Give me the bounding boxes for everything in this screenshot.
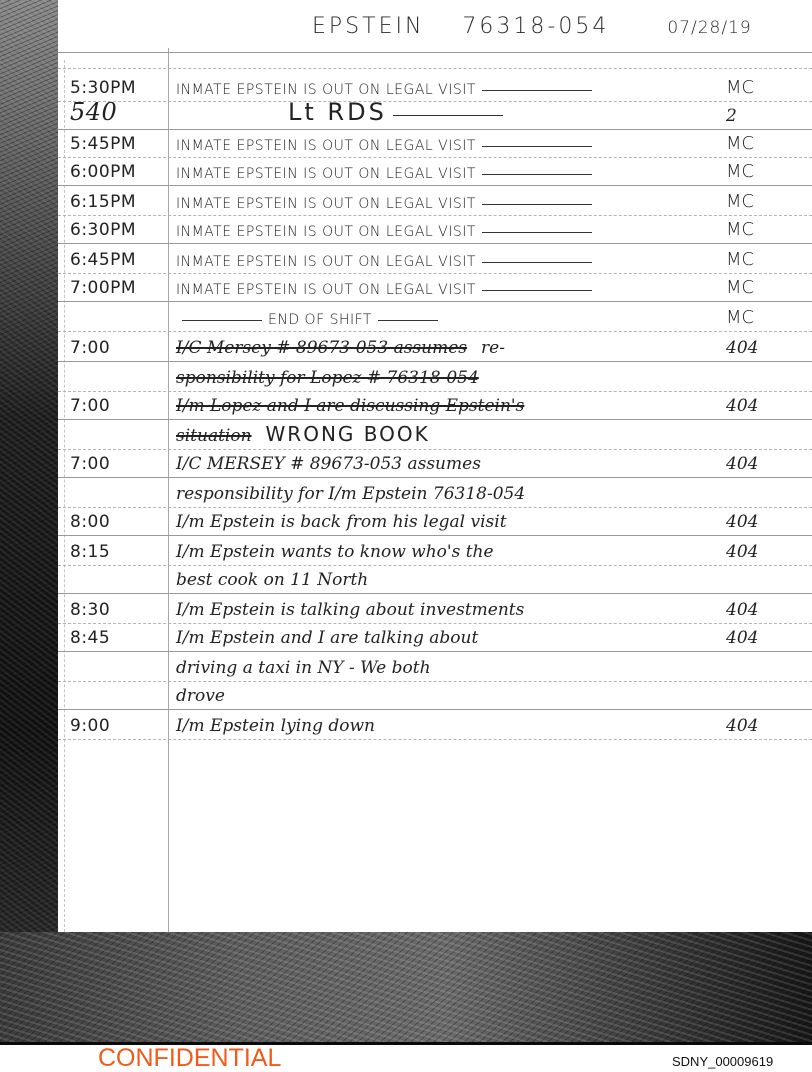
entry-text: driving a taxi in NY - We both: [168, 658, 726, 682]
ruled-line: [58, 419, 812, 420]
entry-time: 8:15: [58, 542, 168, 566]
scan-shadow-bottom: [0, 932, 812, 1045]
entry-text-main: I/m Epstein is back from his legal visit: [176, 512, 507, 532]
log-entry-row: 540Lt RDS2: [58, 100, 812, 130]
entry-text-main: I/C Mersey # 89673-053 assumes: [176, 338, 467, 358]
ruled-line: [58, 535, 812, 536]
log-entry-row: END OF SHIFTMC: [58, 302, 812, 332]
log-entry-row: 7:00PMINMATE EPSTEIN IS OUT ON LEGAL VIS…: [58, 272, 812, 302]
dash-line: [482, 146, 592, 147]
ruled-line: [58, 709, 812, 710]
entry-text: drove: [168, 686, 726, 710]
officer-initials: MC: [726, 191, 812, 216]
officer-initials: 404: [726, 628, 812, 652]
dash-line: [482, 174, 592, 175]
ruled-line: [58, 301, 812, 302]
dash-line: [482, 204, 592, 205]
ruled-line: [58, 593, 812, 594]
officer-initials: 404: [726, 338, 812, 362]
dash-line: [482, 232, 592, 233]
entry-text-main: I/m Lopez and I are discussing Epstein's: [176, 396, 524, 416]
ruled-line: [58, 651, 812, 652]
officer-initials: 2: [726, 106, 812, 130]
confidential-stamp: CONFIDENTIAL: [98, 1044, 281, 1072]
ruled-line: [58, 243, 812, 244]
entry-time: 6:00PM: [58, 162, 168, 186]
log-entry-row: 6:15PMINMATE EPSTEIN IS OUT ON LEGAL VIS…: [58, 186, 812, 216]
entry-text-main: END OF SHIFT: [268, 312, 372, 328]
entry-text-main: I/m Epstein wants to know who's the: [176, 542, 494, 562]
officer-initials: MC: [726, 133, 812, 158]
log-entry-row: 6:45PMINMATE EPSTEIN IS OUT ON LEGAL VIS…: [58, 244, 812, 274]
entry-text: situationWRONG BOOK: [168, 422, 726, 450]
log-entry-row: best cook on 11 North: [58, 564, 812, 594]
entry-time: 8:30: [58, 600, 168, 624]
entry-time: 6:15PM: [58, 192, 168, 216]
officer-initials: 404: [726, 512, 812, 536]
ruled-line: [58, 449, 812, 450]
log-entry-row: 7:00I/C MERSEY # 89673-053 assumes404: [58, 448, 812, 478]
officer-initials: MC: [726, 219, 812, 244]
entry-text-main: best cook on 11 North: [176, 570, 368, 590]
entry-time: 8:45: [58, 628, 168, 652]
dash-line: [378, 320, 438, 321]
entry-text: I/m Lopez and I are discussing Epstein's: [168, 396, 726, 420]
entry-text-main: I/C MERSEY # 89673-053 assumes: [176, 454, 481, 474]
dash-line: [393, 115, 503, 116]
entry-text: INMATE EPSTEIN IS OUT ON LEGAL VISIT: [168, 166, 726, 186]
entry-time: 7:00: [58, 454, 168, 478]
ruled-line: [58, 215, 812, 216]
officer-initials: MC: [726, 277, 812, 302]
ruled-line: [58, 185, 812, 186]
entry-text-main: drove: [176, 686, 225, 706]
log-entry-row: driving a taxi in NY - We both: [58, 652, 812, 682]
entry-text-main: Lt RDS: [288, 98, 387, 126]
scan-shadow-left: [0, 0, 58, 1045]
entry-time: 5:45PM: [58, 134, 168, 158]
log-entry-row: sponsibility for Lopez # 76318-054: [58, 362, 812, 392]
officer-initials: MC: [726, 77, 812, 102]
entry-text-main: I/m Epstein and I are talking about: [176, 628, 478, 648]
entry-time: 540: [58, 98, 168, 130]
entry-text: I/C MERSEY # 89673-053 assumes: [168, 454, 726, 478]
ruled-line: [58, 739, 812, 740]
log-entry-row: 7:00I/m Lopez and I are discussing Epste…: [58, 390, 812, 420]
ruled-line: [58, 331, 812, 332]
officer-initials: 404: [726, 542, 812, 566]
ruled-line: [58, 157, 812, 158]
log-entry-row: 8:45I/m Epstein and I are talking about4…: [58, 622, 812, 652]
entry-text-main: INMATE EPSTEIN IS OUT ON LEGAL VISIT: [176, 196, 476, 212]
entry-text: I/m Epstein is talking about investments: [168, 600, 726, 624]
log-entry-row: 8:30I/m Epstein is talking about investm…: [58, 594, 812, 624]
entry-text: INMATE EPSTEIN IS OUT ON LEGAL VISIT: [168, 282, 726, 302]
officer-initials: MC: [726, 249, 812, 274]
entry-text-main: responsibility for I/m Epstein 76318-054: [176, 484, 525, 504]
entry-text: sponsibility for Lopez # 76318-054: [168, 368, 726, 392]
entry-text: INMATE EPSTEIN IS OUT ON LEGAL VISIT: [168, 138, 726, 158]
entry-text-main: INMATE EPSTEIN IS OUT ON LEGAL VISIT: [176, 224, 476, 240]
entry-text-main: INMATE EPSTEIN IS OUT ON LEGAL VISIT: [176, 282, 476, 298]
entry-text: INMATE EPSTEIN IS OUT ON LEGAL VISIT: [168, 224, 726, 244]
log-entry-row: 6:00PMINMATE EPSTEIN IS OUT ON LEGAL VIS…: [58, 156, 812, 186]
entry-text-main: I/m Epstein is talking about investments: [176, 600, 524, 620]
entry-text-main: situation: [176, 426, 252, 446]
entry-text: responsibility for I/m Epstein 76318-054: [168, 484, 726, 508]
officer-initials: 404: [726, 454, 812, 478]
entry-time: 6:45PM: [58, 250, 168, 274]
officer-initials: 404: [726, 600, 812, 624]
bates-number: SDNY_00009619: [672, 1054, 773, 1069]
ruled-line: [58, 507, 812, 508]
ruled-line: [58, 101, 812, 102]
ruled-line: [58, 477, 812, 478]
entry-text-main: driving a taxi in NY - We both: [176, 658, 431, 678]
ruled-line: [58, 623, 812, 624]
entry-text: Lt RDS: [168, 98, 726, 130]
log-entry-row: 5:45PMINMATE EPSTEIN IS OUT ON LEGAL VIS…: [58, 128, 812, 158]
ruled-line: [58, 361, 812, 362]
entry-text-tail: re-: [481, 338, 505, 358]
entry-time: 7:00PM: [58, 278, 168, 302]
entry-text: I/m Epstein lying down: [168, 716, 726, 740]
entry-time: 7:00: [58, 338, 168, 362]
entry-text-main: I/m Epstein lying down: [176, 716, 375, 736]
log-entry-row: 8:15I/m Epstein wants to know who's the4…: [58, 536, 812, 566]
dash-line: [482, 290, 592, 291]
dash-line: [182, 320, 262, 321]
entry-time: 6:30PM: [58, 220, 168, 244]
log-entry-row: 7:00I/C Mersey # 89673-053 assumesre-404: [58, 332, 812, 362]
entry-text: INMATE EPSTEIN IS OUT ON LEGAL VISIT: [168, 196, 726, 216]
entry-text: INMATE EPSTEIN IS OUT ON LEGAL VISIT: [168, 254, 726, 274]
officer-initials: 404: [726, 716, 812, 740]
ruled-line: [58, 52, 812, 53]
entry-text: I/m Epstein and I are talking about: [168, 628, 726, 652]
inmate-name: EPSTEIN: [312, 14, 424, 39]
entry-text: best cook on 11 North: [168, 570, 726, 594]
entry-text: END OF SHIFT: [168, 312, 726, 332]
log-entry-row: drove: [58, 680, 812, 710]
officer-initials: 404: [726, 396, 812, 420]
log-page: EPSTEIN 76318-054 07/28/19 5:30PMINMATE …: [58, 0, 812, 932]
log-entry-row: 8:00I/m Epstein is back from his legal v…: [58, 506, 812, 536]
officer-initials: MC: [726, 161, 812, 186]
page-header: EPSTEIN 76318-054 07/28/19: [312, 14, 812, 48]
dash-line: [482, 90, 592, 91]
entry-time: 7:00: [58, 396, 168, 420]
log-entry-row: responsibility for I/m Epstein 76318-054: [58, 478, 812, 508]
entry-time: 8:00: [58, 512, 168, 536]
log-entry-row: 6:30PMINMATE EPSTEIN IS OUT ON LEGAL VIS…: [58, 214, 812, 244]
entry-text: I/m Epstein wants to know who's the: [168, 542, 726, 566]
ruled-line: [58, 681, 812, 682]
ruled-line: [58, 129, 812, 130]
officer-initials: MC: [726, 307, 812, 332]
entry-text-main: INMATE EPSTEIN IS OUT ON LEGAL VISIT: [176, 254, 476, 270]
entry-text-main: sponsibility for Lopez # 76318-054: [176, 368, 479, 388]
entry-time: 9:00: [58, 716, 168, 740]
entry-text: I/m Epstein is back from his legal visit: [168, 512, 726, 536]
ruled-line: [58, 391, 812, 392]
entry-text-tail: WRONG BOOK: [266, 422, 430, 446]
log-entry-row: 9:00I/m Epstein lying down404: [58, 710, 812, 740]
ruled-line: [58, 273, 812, 274]
entry-text-main: INMATE EPSTEIN IS OUT ON LEGAL VISIT: [176, 166, 476, 182]
entry-text: I/C Mersey # 89673-053 assumesre-: [168, 338, 726, 362]
log-date: 07/28/19: [667, 18, 751, 38]
register-number: 76318-054: [462, 14, 609, 39]
ruled-line: [58, 565, 812, 566]
log-entry-row: situationWRONG BOOK: [58, 420, 812, 450]
entry-text-main: INMATE EPSTEIN IS OUT ON LEGAL VISIT: [176, 82, 476, 98]
entry-text-main: INMATE EPSTEIN IS OUT ON LEGAL VISIT: [176, 138, 476, 154]
dash-line: [482, 262, 592, 263]
ruled-line-dashed: [58, 68, 812, 69]
